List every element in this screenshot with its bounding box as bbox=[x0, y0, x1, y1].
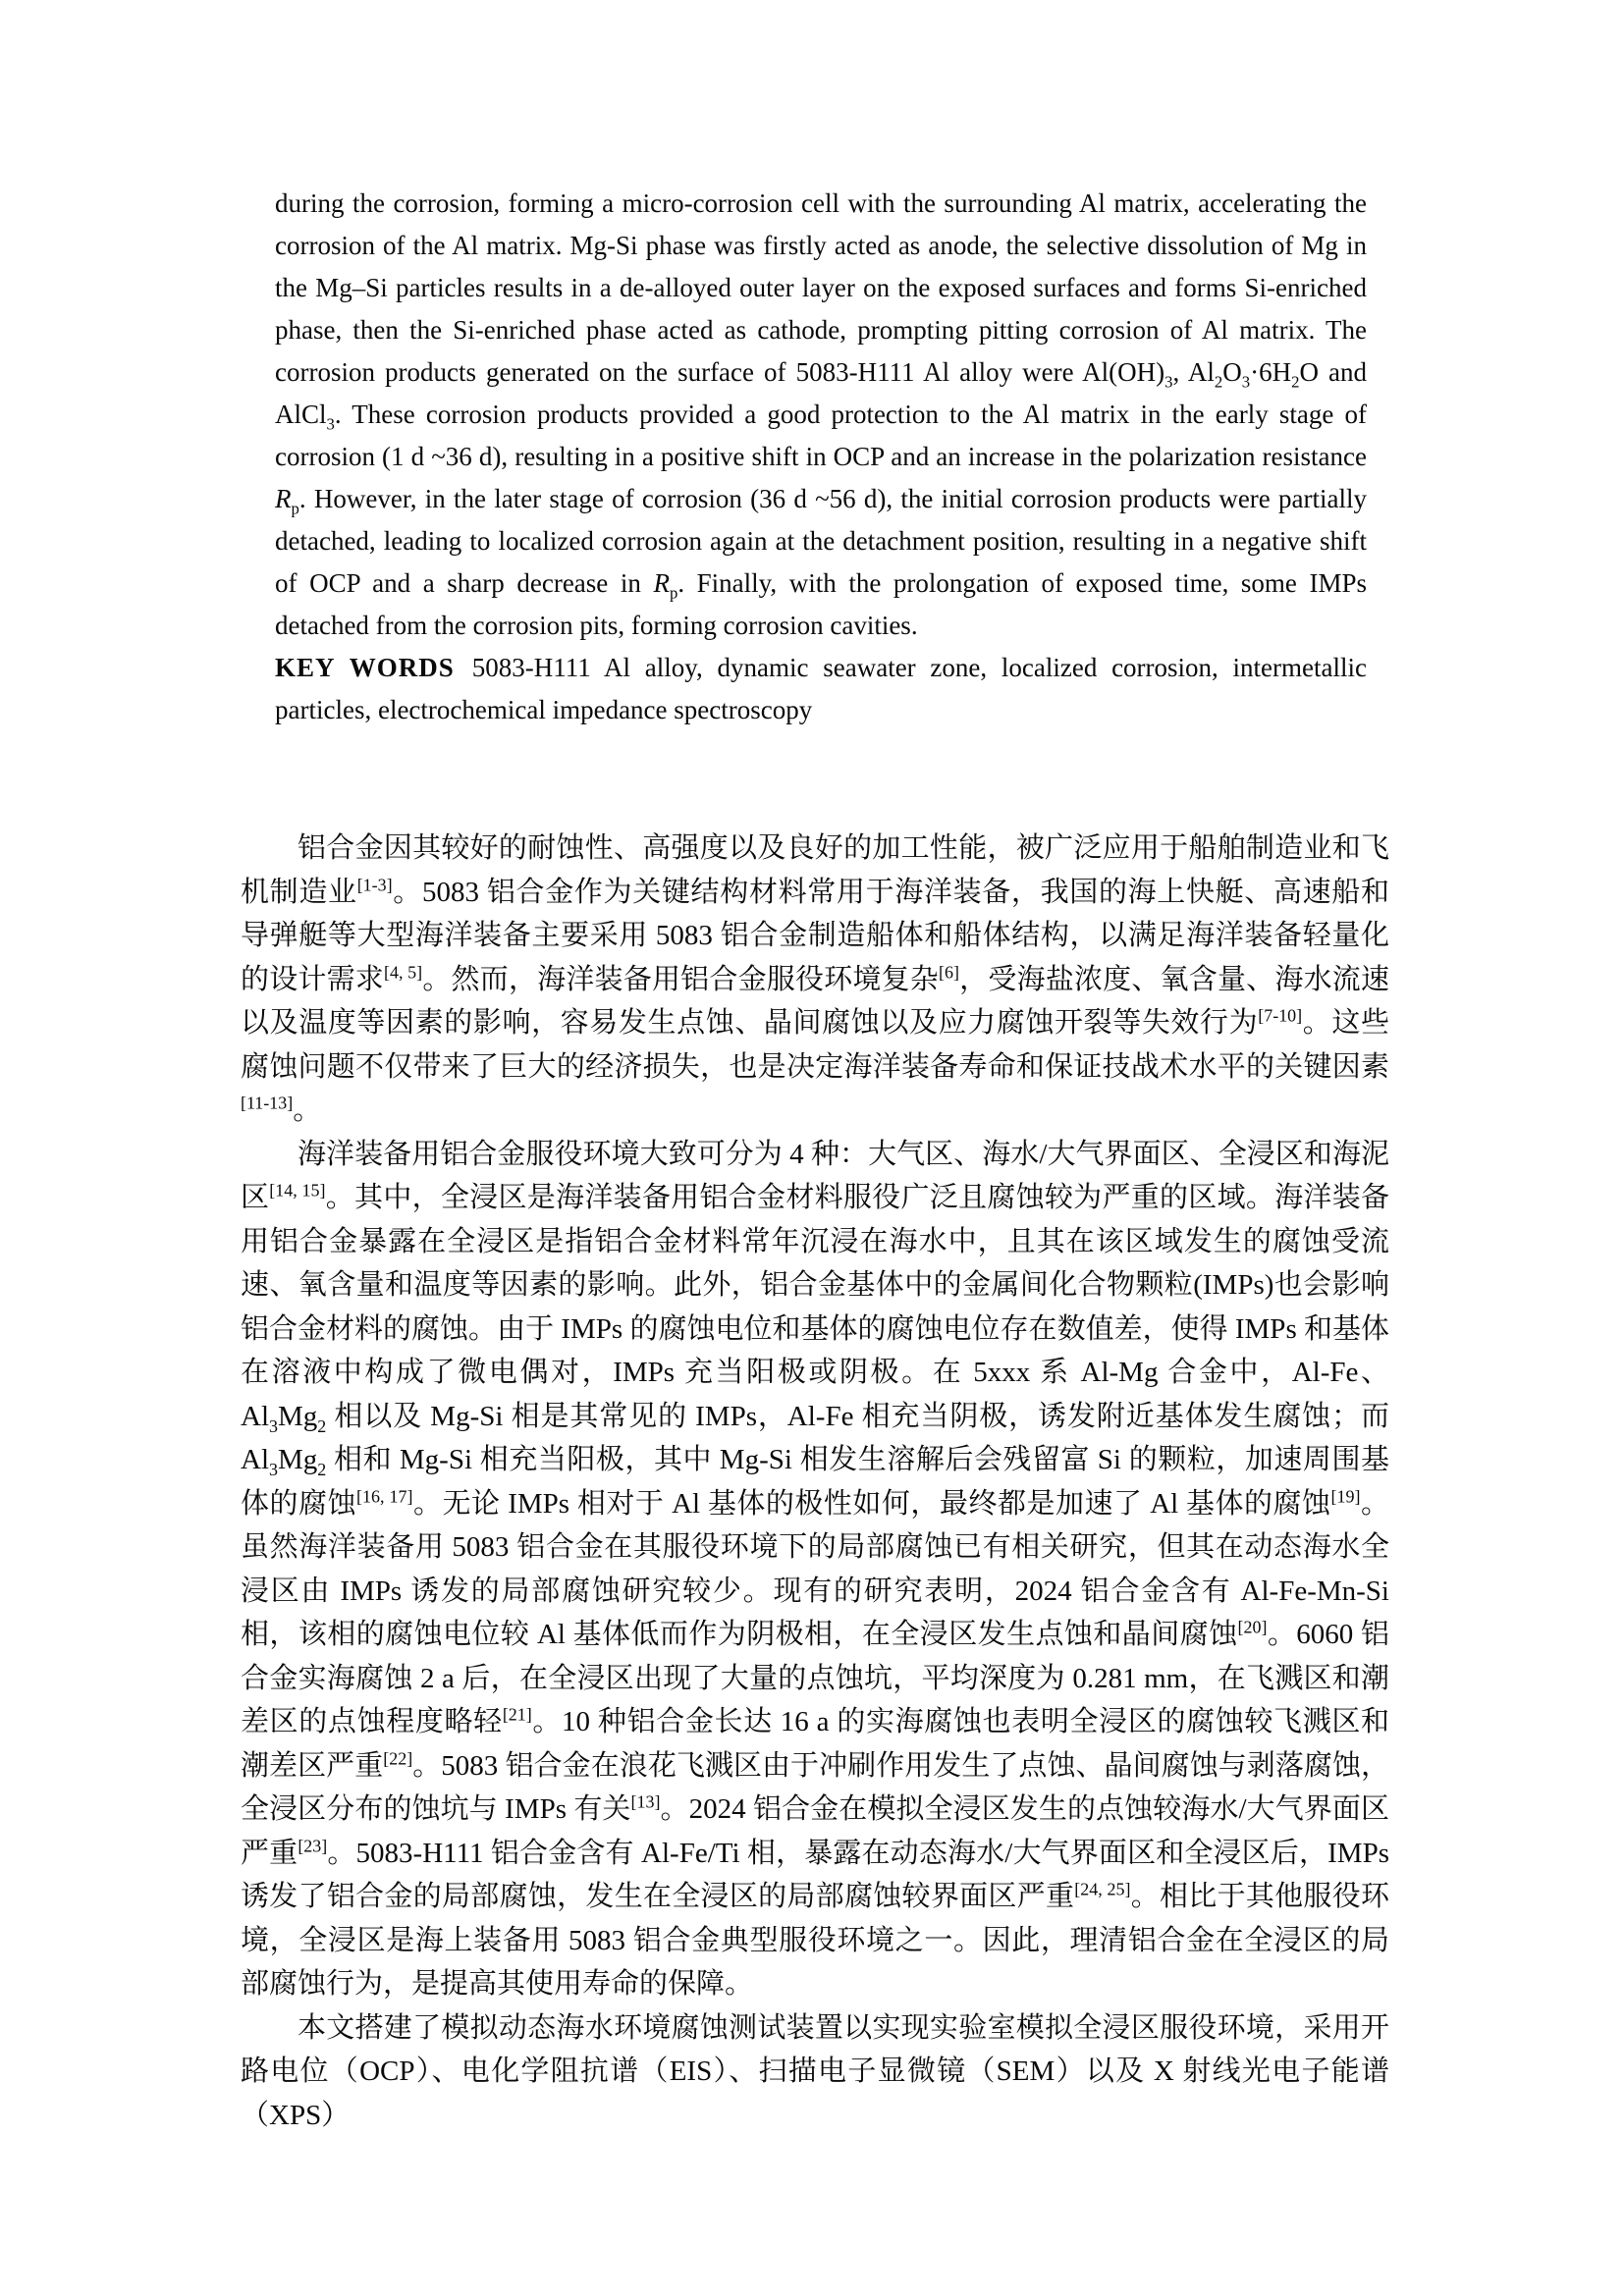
text-run-sub: 2 bbox=[1215, 372, 1222, 391]
text-run-sup: [4, 5] bbox=[384, 962, 422, 982]
text-run: Mg bbox=[278, 1401, 317, 1432]
text-run: Mg bbox=[278, 1444, 317, 1475]
text-run-sup: [20] bbox=[1238, 1617, 1268, 1636]
text-run-sup: [24, 25] bbox=[1074, 1879, 1130, 1898]
keywords-label: KEY WORDS bbox=[275, 653, 455, 682]
text-run-sup: [16, 17] bbox=[356, 1486, 412, 1506]
text-run-sub: 3 bbox=[1164, 372, 1172, 391]
text-run-sub: p bbox=[292, 499, 299, 517]
text-run-sup: [11-13] bbox=[241, 1093, 293, 1112]
text-run-sub: 2 bbox=[317, 1460, 326, 1479]
body-paragraph-2: 海洋装备用铝合金服役环境大致可分为 4 种：大气区、海水/大气界面区、全浸区和海… bbox=[241, 1133, 1389, 2006]
text-run: , Al bbox=[1173, 357, 1215, 387]
text-run-sup: [13] bbox=[631, 1791, 661, 1811]
text-run-sup: [7-10] bbox=[1258, 1005, 1302, 1025]
text-run: O bbox=[1222, 357, 1242, 387]
text-run: 。 bbox=[293, 1095, 321, 1126]
abstract-paragraph: during the corrosion, forming a micro-co… bbox=[275, 183, 1367, 647]
text-run-sub: 3 bbox=[269, 1460, 278, 1479]
keywords-paragraph: KEY WORDS5083-H111 Al alloy, dynamic sea… bbox=[275, 647, 1367, 731]
text-run-sup: [19] bbox=[1331, 1486, 1361, 1506]
text-run-sub: 2 bbox=[317, 1415, 326, 1435]
text-run: 。其中，全浸区是海洋装备用铝合金材料服役广泛且腐蚀较为严重的区域。海洋装备用铝合… bbox=[241, 1182, 1389, 1432]
text-run: 。然而，海洋装备用铝合金服役环境复杂 bbox=[422, 964, 939, 995]
body-section: 铝合金因其较好的耐蚀性、高强度以及良好的加工性能，被广泛应用于船舶制造业和飞机制… bbox=[241, 827, 1389, 2137]
text-run-sub: 3 bbox=[269, 1415, 278, 1435]
text-run: 。无论 IMPs 相对于 Al 基体的极性如何，最终都是加速了 Al 基体的腐蚀 bbox=[412, 1488, 1330, 1520]
text-run-sup: [6] bbox=[939, 962, 959, 982]
text-run: ·6H bbox=[1250, 357, 1291, 387]
text-run-sup: [1-3] bbox=[357, 875, 393, 894]
text-run-sup: [14, 15] bbox=[269, 1180, 325, 1200]
text-run-sup: [23] bbox=[298, 1836, 327, 1855]
document-page: during the corrosion, forming a micro-co… bbox=[0, 0, 1624, 2296]
text-run-italic: R bbox=[653, 568, 670, 598]
body-paragraph-3: 本文搭建了模拟动态海水环境腐蚀测试装置以实现实验室模拟全浸区服役环境，采用开路电… bbox=[241, 2006, 1389, 2138]
text-run-sup: [21] bbox=[503, 1704, 532, 1724]
body-paragraph-1: 铝合金因其较好的耐蚀性、高强度以及良好的加工性能，被广泛应用于船舶制造业和飞机制… bbox=[241, 827, 1389, 1133]
text-run-sup: [22] bbox=[383, 1748, 412, 1768]
text-run-sub: 3 bbox=[1242, 372, 1250, 391]
text-run-sub: 3 bbox=[327, 414, 335, 433]
text-run: 本文搭建了模拟动态海水环境腐蚀测试装置以实现实验室模拟全浸区服役环境，采用开路电… bbox=[241, 2012, 1389, 2131]
text-run: . These corrosion products provided a go… bbox=[275, 400, 1367, 471]
text-run-italic: R bbox=[275, 484, 292, 513]
abstract-section: during the corrosion, forming a micro-co… bbox=[275, 183, 1367, 731]
